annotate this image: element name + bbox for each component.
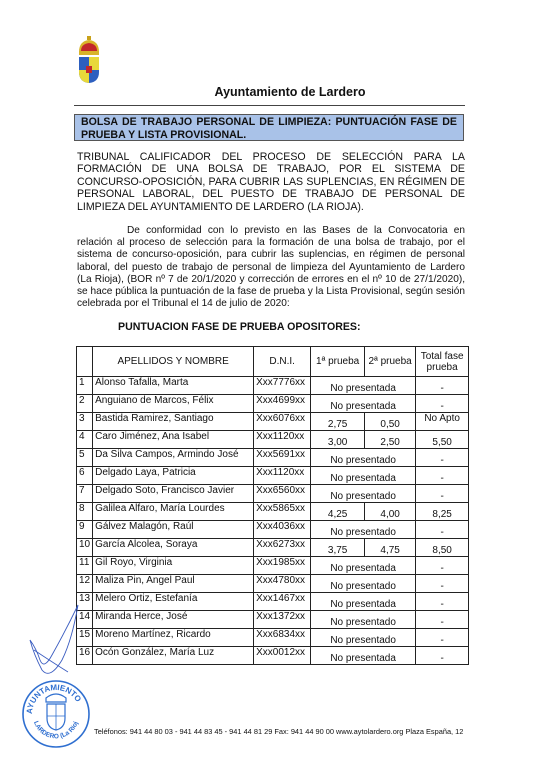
- test2-score: 0,50: [365, 413, 416, 431]
- candidate-name: Galilea Alfaro, María Lourdes: [93, 503, 254, 521]
- attendance-status: No presentado: [311, 485, 416, 503]
- table-row: 4Caro Jiménez, Ana IsabelXxx1120xx3,002,…: [77, 431, 469, 449]
- table-row: 8Galilea Alfaro, María LourdesXxx5865xx4…: [77, 503, 469, 521]
- candidate-name: Delgado Laya, Patricia: [93, 467, 254, 485]
- row-number: 2: [77, 395, 93, 413]
- coat-of-arms-icon: [76, 36, 102, 84]
- table-header-row: APELLIDOS Y NOMBRE D.N.I. 1ª prueba 2ª p…: [77, 347, 469, 377]
- candidate-dni: Xxx1120xx: [254, 467, 311, 485]
- tribunal-heading: TRIBUNAL CALIFICADOR DEL PROCESO DE SELE…: [77, 151, 465, 213]
- candidate-dni: Xxx1467xx: [254, 593, 311, 611]
- col-test1-header: 1ª prueba: [311, 347, 365, 377]
- row-number: 5: [77, 449, 93, 467]
- table-row: 2Anguiano de Marcos, FélixXxx4699xxNo pr…: [77, 395, 469, 413]
- header-divider: [74, 105, 465, 106]
- attendance-status: No presentado: [311, 575, 416, 593]
- total-score: -: [416, 611, 469, 629]
- svg-text:AYUNTAMIENTO: AYUNTAMIENTO: [25, 683, 83, 714]
- handwritten-signature-icon: [22, 600, 82, 690]
- body-paragraph: De conformidad con lo previsto en las Ba…: [77, 225, 465, 310]
- attendance-status: No presentada: [311, 377, 416, 395]
- attendance-status: No presentada: [311, 593, 416, 611]
- row-number: 9: [77, 521, 93, 539]
- candidate-name: Caro Jiménez, Ana Isabel: [93, 431, 254, 449]
- candidate-name: Moreno Martínez, Ricardo: [93, 629, 254, 647]
- total-score: 8,50: [416, 539, 469, 557]
- table-row: 15Moreno Martínez, RicardoXxx6834xxNo pr…: [77, 629, 469, 647]
- candidate-name: Bastida Ramirez, Santiago: [93, 413, 254, 431]
- table-row: 13Melero Ortiz, EstefaníaXxx1467xxNo pre…: [77, 593, 469, 611]
- table-row: 1Alonso Tafalla, MartaXxx7776xxNo presen…: [77, 377, 469, 395]
- table-row: 5Da Silva Campos, Armindo JoséXxx5691xxN…: [77, 449, 469, 467]
- row-number: 11: [77, 557, 93, 575]
- row-number: 8: [77, 503, 93, 521]
- table-row: 11Gil Royo, VirginiaXxx1985xxNo presenta…: [77, 557, 469, 575]
- candidate-dni: Xxx5691xx: [254, 449, 311, 467]
- candidate-name: Alonso Tafalla, Marta: [93, 377, 254, 395]
- candidate-dni: Xxx7776xx: [254, 377, 311, 395]
- total-score: -: [416, 395, 469, 413]
- candidate-name: Gálvez Malagón, Raúl: [93, 521, 254, 539]
- candidate-dni: Xxx6273xx: [254, 539, 311, 557]
- candidate-dni: Xxx5865xx: [254, 503, 311, 521]
- document-banner: BOLSA DE TRABAJO PERSONAL DE LIMPIEZA: P…: [74, 114, 464, 141]
- attendance-status: No presentada: [311, 467, 416, 485]
- body-paragraph-text: De conformidad con lo previsto en las Ba…: [77, 225, 465, 309]
- test2-score: 4,00: [365, 503, 416, 521]
- attendance-status: No presentado: [311, 521, 416, 539]
- total-score: 5,50: [416, 431, 469, 449]
- test1-score: 3,75: [311, 539, 365, 557]
- attendance-status: No presentada: [311, 557, 416, 575]
- row-number: 6: [77, 467, 93, 485]
- candidate-name: Gil Royo, Virginia: [93, 557, 254, 575]
- total-score: 8,25: [416, 503, 469, 521]
- total-score: -: [416, 485, 469, 503]
- row-number: 3: [77, 413, 93, 431]
- candidate-dni: Xxx4780xx: [254, 575, 311, 593]
- candidate-dni: Xxx1372xx: [254, 611, 311, 629]
- total-score: -: [416, 449, 469, 467]
- candidate-dni: Xxx1985xx: [254, 557, 311, 575]
- candidate-dni: Xxx6560xx: [254, 485, 311, 503]
- total-score: -: [416, 593, 469, 611]
- attendance-status: No presentado: [311, 449, 416, 467]
- table-row: 12Maliza Pin, Angel PaulXxx4780xxNo pres…: [77, 575, 469, 593]
- table-title: PUNTUACION FASE DE PRUEBA OPOSITORES:: [118, 321, 361, 333]
- candidate-name: Delgado Soto, Francisco Javier: [93, 485, 254, 503]
- attendance-status: No presentado: [311, 629, 416, 647]
- test2-score: 2,50: [365, 431, 416, 449]
- official-seal-icon: AYUNTAMIENTO LARDERO (La Rioja): [20, 678, 92, 750]
- test1-score: 3,00: [311, 431, 365, 449]
- table-row: 3Bastida Ramirez, SantiagoXxx6076xx2,750…: [77, 413, 469, 431]
- candidate-name: Anguiano de Marcos, Félix: [93, 395, 254, 413]
- candidate-dni: Xxx4036xx: [254, 521, 311, 539]
- candidate-name: García Alcolea, Soraya: [93, 539, 254, 557]
- table-row: 14Miranda Herce, JoséXxx1372xxNo present…: [77, 611, 469, 629]
- candidate-name: Miranda Herce, José: [93, 611, 254, 629]
- candidate-dni: Xxx6834xx: [254, 629, 311, 647]
- candidate-dni: Xxx6076xx: [254, 413, 311, 431]
- scores-table: APELLIDOS Y NOMBRE D.N.I. 1ª prueba 2ª p…: [76, 346, 469, 665]
- attendance-status: No presentada: [311, 647, 416, 665]
- row-number: 12: [77, 575, 93, 593]
- total-score: -: [416, 557, 469, 575]
- table-row: 10García Alcolea, SorayaXxx6273xx3,754,7…: [77, 539, 469, 557]
- seal-text-top: AYUNTAMIENTO: [25, 683, 83, 714]
- candidate-name: Melero Ortiz, Estefanía: [93, 593, 254, 611]
- row-number: 10: [77, 539, 93, 557]
- table-row: 16Ocón González, María LuzXxx0012xxNo pr…: [77, 647, 469, 665]
- total-score: No Apto: [416, 413, 469, 431]
- total-score: -: [416, 377, 469, 395]
- candidate-name: Maliza Pin, Angel Paul: [93, 575, 254, 593]
- test1-score: 2,75: [311, 413, 365, 431]
- candidate-dni: Xxx1120xx: [254, 431, 311, 449]
- total-score: -: [416, 467, 469, 485]
- attendance-status: No presentado: [311, 611, 416, 629]
- table-row: 6Delgado Laya, PatriciaXxx1120xxNo prese…: [77, 467, 469, 485]
- footer-contact: Teléfonos: 941 44 80 03 - 941 44 83 45 -…: [94, 727, 463, 736]
- candidate-dni: Xxx0012xx: [254, 647, 311, 665]
- candidate-dni: Xxx4699xx: [254, 395, 311, 413]
- organization-title: Ayuntamiento de Lardero: [0, 85, 540, 99]
- row-number: 7: [77, 485, 93, 503]
- col-number-header: [77, 347, 93, 377]
- total-score: -: [416, 575, 469, 593]
- row-number: 4: [77, 431, 93, 449]
- table-row: 7Delgado Soto, Francisco JavierXxx6560xx…: [77, 485, 469, 503]
- col-dni-header: D.N.I.: [254, 347, 311, 377]
- col-test2-header: 2ª prueba: [365, 347, 416, 377]
- col-name-header: APELLIDOS Y NOMBRE: [93, 347, 254, 377]
- total-score: -: [416, 647, 469, 665]
- candidate-name: Ocón González, María Luz: [93, 647, 254, 665]
- table-row: 9Gálvez Malagón, RaúlXxx4036xxNo present…: [77, 521, 469, 539]
- col-total-header: Total fase prueba: [416, 347, 469, 377]
- total-score: -: [416, 521, 469, 539]
- test1-score: 4,25: [311, 503, 365, 521]
- attendance-status: No presentada: [311, 395, 416, 413]
- row-number: 1: [77, 377, 93, 395]
- total-score: -: [416, 629, 469, 647]
- candidate-name: Da Silva Campos, Armindo José: [93, 449, 254, 467]
- test2-score: 4,75: [365, 539, 416, 557]
